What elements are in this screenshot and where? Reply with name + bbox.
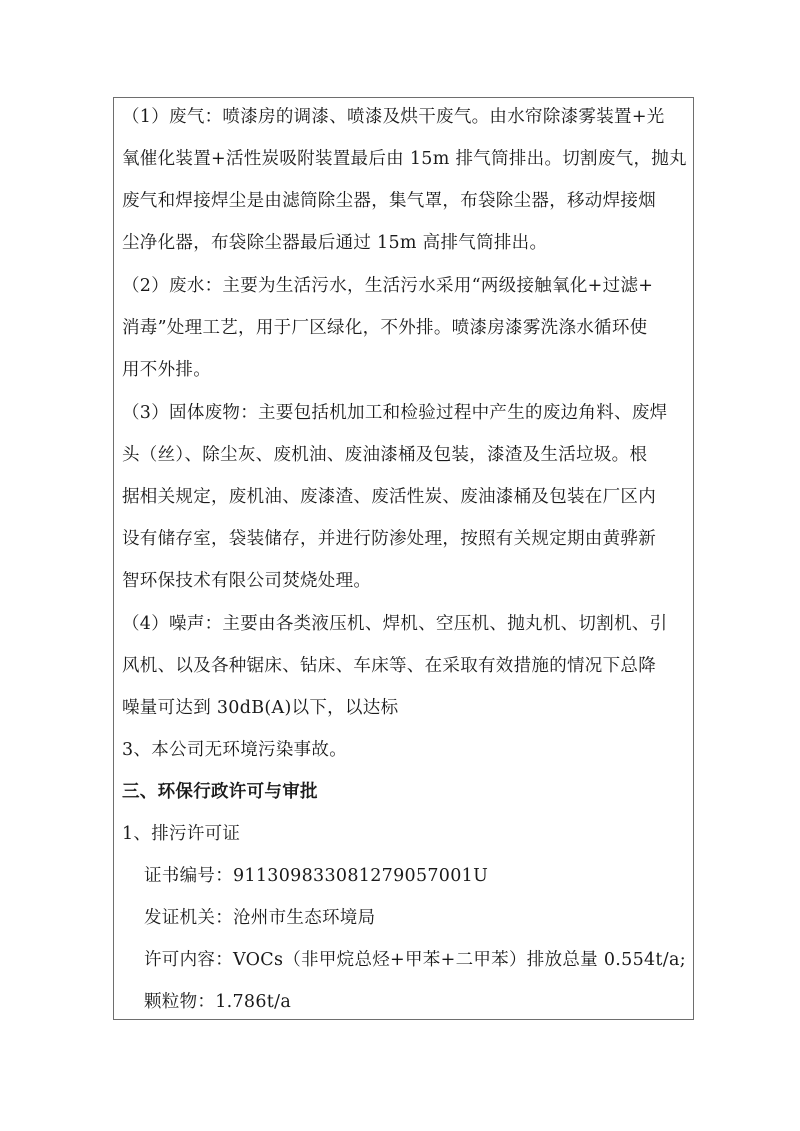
waste-water-line-3: 用不外排。 <box>122 359 211 381</box>
solid-waste-line-2: 头（丝）、除尘灰、废机油、废油漆桶及包装，漆渣及生活垃圾。根 <box>122 444 647 466</box>
waste-water-line-2: 消毒”处理工艺，用于厂区绿化，不外排。喷漆房漆雾洗涤水循环使 <box>122 317 647 339</box>
noise-line-1: （4）噪声：主要由各类液压机、焊机、空压机、抛丸机、切割机、引 <box>122 613 667 635</box>
permit-title: 1、排污许可证 <box>122 823 240 845</box>
solid-waste-line-1: （3）固体废物：主要包括机加工和检验过程中产生的废边角料、废焊 <box>122 402 667 424</box>
solid-waste-line-5: 智环保技术有限公司焚烧处理。 <box>122 570 371 592</box>
solid-waste-line-4: 设有储存室，袋装储存，并进行防渗处理，按照有关规定期由黄骅新 <box>122 528 656 550</box>
permit-cert-number: 证书编号：91130983308127905700​1U <box>144 865 488 887</box>
noise-line-2: 风机、以及各种锯床、钻床、车床等、在采取有效措施的情况下总降 <box>122 655 656 677</box>
permit-particulate: 颗粒物：1.786t/a <box>144 991 291 1013</box>
waste-water-line-1: （2）废水：主要为生活污水，生活污水采用“两级接触氧化+过滤+ <box>122 275 653 297</box>
document-table-cell: （1）废气：喷漆房的调漆、喷漆及烘干废气。由水帘除漆雾装置+光 氧催化装置+活性… <box>113 97 694 1020</box>
permit-content: 许可内容：VOCs（非甲烷总烃+甲苯+二甲苯）排放总量 0.554t/a; <box>144 949 686 971</box>
section-heading-three: 三、环保行政许可与审批 <box>122 781 318 803</box>
no-incident-statement: 3、本公司无环境污染事故。 <box>122 739 347 761</box>
waste-gas-line-3: 废气和焊接焊尘是由滤筒除尘器，集气罩，布袋除尘器，移动焊接烟 <box>122 190 656 212</box>
noise-line-3: 噪量可达到 30dB(A)以下，以达标 <box>122 697 398 719</box>
waste-gas-line-4: 尘净化器，布袋除尘器最后通过 15m 高排气筒排出。 <box>122 232 547 254</box>
solid-waste-line-3: 据相关规定，废机油、废漆渣、废活性炭、废油漆桶及包装在厂区内 <box>122 486 656 508</box>
permit-issuer: 发证机关：沧州市生态环境局 <box>144 907 375 929</box>
waste-gas-line-1: （1）废气：喷漆房的调漆、喷漆及烘干废气。由水帘除漆雾装置+光 <box>122 106 665 128</box>
waste-gas-line-2: 氧催化装置+活性炭吸附装置最后由 15m 排气筒排出。切割废气，抛丸 <box>122 148 687 170</box>
